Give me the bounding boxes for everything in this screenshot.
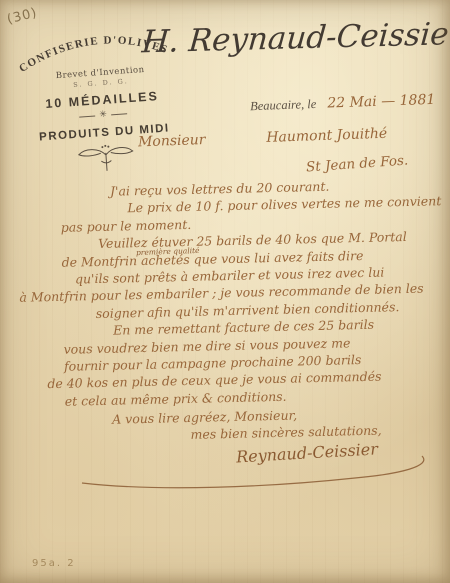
divider-rule-left xyxy=(79,115,95,117)
dateline-handwritten-date: 22 Mai — 1881 xyxy=(327,92,435,112)
floral-flourish-icon xyxy=(70,140,142,175)
dateline: Beaucaire, le 22 Mai — 1881 xyxy=(250,89,436,114)
company-name-script: H. Reynaud-Ceissier xyxy=(141,16,450,61)
dateline-printed-place: Beaucaire, le xyxy=(250,97,317,113)
divider-rule-right xyxy=(111,113,127,115)
recipient-gap xyxy=(210,142,262,144)
recipient-salutation: Monsieur xyxy=(138,132,206,150)
recipient-location: St Jean de Fos. xyxy=(306,152,409,175)
letter-page: (30) CONFISERIE D'OLIVES Brevet d'Invent… xyxy=(0,0,450,583)
star-icon: ✳ xyxy=(99,110,107,121)
recipient-name: Haumont Jouithé xyxy=(266,126,387,146)
archive-number-mark: 95a. 2 xyxy=(32,558,76,569)
letter-body: J'ai reçu vos lettres du 20 courant. Le … xyxy=(15,176,445,466)
